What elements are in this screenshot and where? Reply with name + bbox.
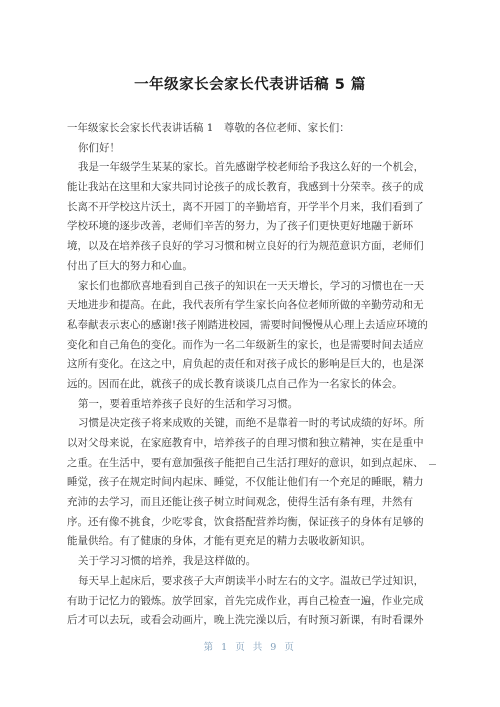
text-line: 习惯是决定孩子将来成败的关键，而绝不是靠着一时的考试成绩的好坏。所 xyxy=(67,414,439,434)
text-line: 能量供给。有了健康的身体，才能有更充足的精力去吸收新知识。 xyxy=(67,532,439,552)
page-number-indicator: 第 1 页 共 9 页 xyxy=(0,641,500,655)
text-line: 境，以及在培养孩子良好的学习习惯和树立良好的行为规范意识方面，老师们 xyxy=(67,237,439,257)
stray-dash-mark xyxy=(429,464,436,465)
text-line: 变化和自己角色的变化。而作为一名二年级新生的家长，也是需要时间去适应 xyxy=(67,336,439,356)
text-line: 能让我站在这里和大家共同讨论孩子的成长教育，我感到十分荣幸。孩子的成 xyxy=(67,178,439,198)
text-line: 学校环境的逐步改善，老师们辛苦的努力，为了孩子们更快更好地融于新环 xyxy=(67,217,439,237)
text-line: 有助于记忆力的锻炼。放学回家，首先完成作业，再自己检查一遍，作业完成 xyxy=(67,592,439,612)
text-line: 序。还有像不挑食，少吃零食，饮食搭配营养均衡，保证孩子的身体有足够的 xyxy=(67,513,439,533)
text-content: 一年级家长会家长代表讲话稿 1 尊敬的各位老师、家长们：你们好！我是一年级学生某… xyxy=(67,119,439,631)
text-line: 你们好！ xyxy=(67,139,439,159)
text-line: 之重。在生活中，要有意加强孩子能把自己生活打理好的意识，如到点起床、 xyxy=(67,454,439,474)
text-line: 这所有变化。在这之中，肩负起的责任和对孩子成长的影响是巨大的，也是深 xyxy=(67,355,439,375)
text-line: 天地进步和提高。在此，我代表所有学生家长向各位老师所做的辛勤劳动和无 xyxy=(67,296,439,316)
text-line: 每天早上起床后，要求孩子大声朗读半小时左右的文字。温故已学过知识， xyxy=(67,572,439,592)
text-line: 付出了巨大的努力和心血。 xyxy=(67,257,439,277)
text-line: 关于学习习惯的培养，我是这样做的。 xyxy=(67,552,439,572)
document-page: 一年级家长会家长代表讲话稿 5 篇 一年级家长会家长代表讲话稿 1 尊敬的各位老… xyxy=(0,0,500,707)
text-line: 一年级家长会家长代表讲话稿 1 尊敬的各位老师、家长们： xyxy=(67,119,439,139)
text-line: 私奉献表示衷心的感谢!孩子刚踏进校园，需要时间慢慢从心理上去适应环境的 xyxy=(67,316,439,336)
text-line: 长离不开学校这片沃土，离不开园丁的辛勤培育，开学半个月来，我们看到了 xyxy=(67,198,439,218)
document-title: 一年级家长会家长代表讲话稿 5 篇 xyxy=(0,77,500,93)
text-line: 睡觉，孩子在规定时间内起床、睡觉，不仅能让他们有一个充足的睡眠，精力 xyxy=(67,473,439,493)
text-line: 充沛的去学习，而且还能让孩子树立时间观念，使得生活有条有理，井然有 xyxy=(67,493,439,513)
text-line: 以对父母来说，在家庭教育中，培养孩子的自理习惯和独立精神，实在是重中 xyxy=(67,434,439,454)
text-line: 远的。因而在此，就孩子的成长教育谈谈几点自己作为一名家长的体会。 xyxy=(67,375,439,395)
text-line: 我是一年级学生某某的家长。首先感谢学校老师给予我这么好的一个机会， xyxy=(67,158,439,178)
text-line: 后才可以去玩，或看会动画片，晚上洗完澡以后，有时预习新课，有时看课外 xyxy=(67,611,439,631)
text-line: 家长们也都欣喜地看到自己孩子的知识在一天天增长，学习的习惯也在一天 xyxy=(67,277,439,297)
text-line: 第一，要着重培养孩子良好的生活和学习习惯。 xyxy=(67,395,439,415)
